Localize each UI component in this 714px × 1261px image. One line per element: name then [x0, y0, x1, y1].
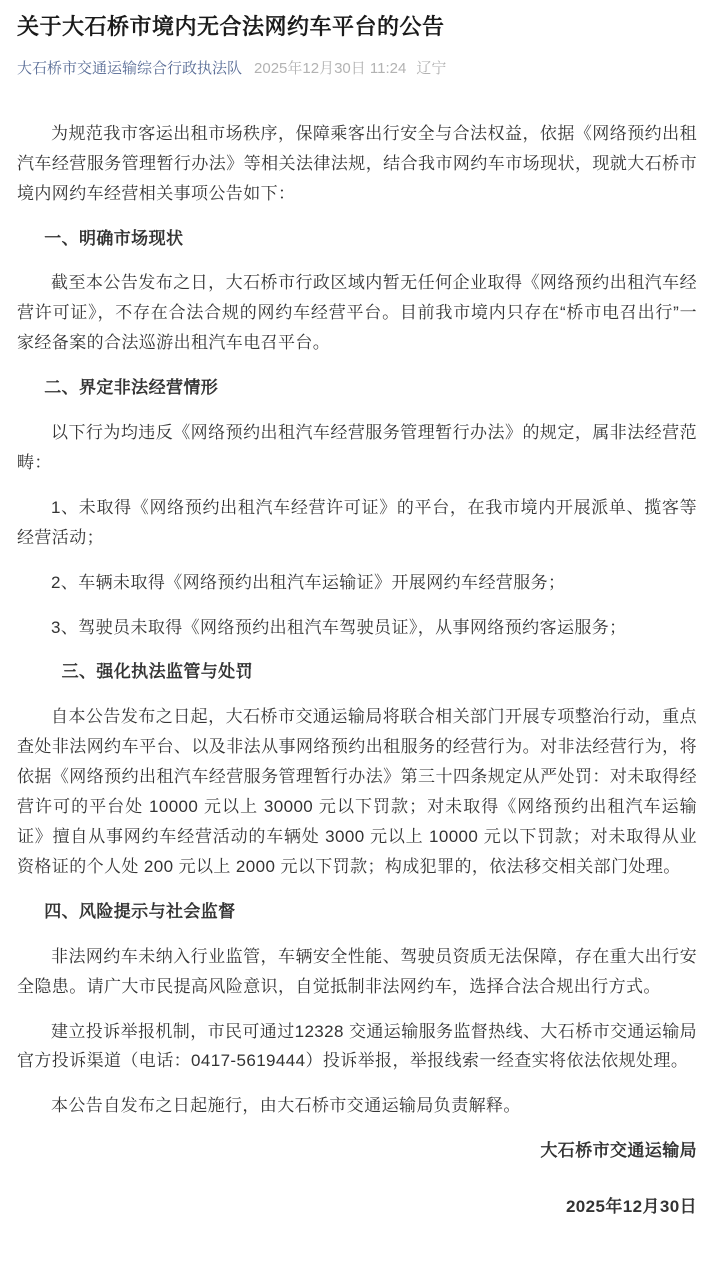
- intro-paragraph: 为规范我市客运出租市场秩序，保障乘客出行安全与合法权益，依据《网络预约出租汽车经…: [17, 119, 697, 209]
- section-2-item-2: 2、车辆未取得《网络预约出租汽车运输证》开展网约车经营服务；: [17, 568, 697, 598]
- section-2-item-1: 1、未取得《网络预约出租汽车经营许可证》的平台，在我市境内开展派单、揽客等经营活…: [17, 493, 697, 553]
- author-link[interactable]: 大石桥市交通运输综合行政执法队: [17, 60, 242, 77]
- article-page: 关于大石桥市境内无合法网约车平台的公告 大石桥市交通运输综合行政执法队2025年…: [0, 0, 714, 1261]
- section-2-item-3: 3、驾驶员未取得《网络预约出租汽车驾驶员证》，从事网络预约客运服务；: [17, 613, 697, 643]
- section-4-paragraph-1: 非法网约车未纳入行业监管，车辆安全性能、驾驶员资质无法保障，存在重大出行安全隐患…: [17, 942, 697, 1002]
- closing-paragraph: 本公告自发布之日起施行，由大石桥市交通运输局负责解释。: [17, 1091, 697, 1121]
- signature-date: 2025年12月30日: [17, 1192, 697, 1222]
- publish-datetime: 2025年12月30日 11:24: [254, 60, 406, 77]
- publish-location: 辽宁: [416, 60, 446, 77]
- signature-org: 大石桥市交通运输局: [17, 1136, 697, 1166]
- section-2-intro: 以下行为均违反《网络预约出租汽车经营服务管理暂行办法》的规定，属非法经营范畴：: [17, 418, 697, 478]
- section-heading-4: 四、风险提示与社会监督: [17, 897, 697, 927]
- article-meta: 大石桥市交通运输综合行政执法队2025年12月30日 11:24辽宁: [17, 59, 697, 79]
- page-title: 关于大石桥市境内无合法网约车平台的公告: [17, 12, 697, 43]
- section-heading-1: 一、明确市场现状: [17, 224, 697, 254]
- section-1-paragraph: 截至本公告发布之日，大石桥市行政区域内暂无任何企业取得《网络预约出租汽车经营许可…: [17, 268, 697, 358]
- section-4-paragraph-2: 建立投诉举报机制，市民可通过12328 交通运输服务监督热线、大石桥市交通运输局…: [17, 1017, 697, 1077]
- section-heading-3: 三、强化执法监管与处罚: [17, 657, 697, 687]
- section-3-paragraph: 自本公告发布之日起，大石桥市交通运输局将联合相关部门开展专项整治行动，重点查处非…: [17, 702, 697, 881]
- section-heading-2: 二、界定非法经营情形: [17, 373, 697, 403]
- article-content: 为规范我市客运出租市场秩序，保障乘客出行安全与合法权益，依据《网络预约出租汽车经…: [17, 119, 697, 1222]
